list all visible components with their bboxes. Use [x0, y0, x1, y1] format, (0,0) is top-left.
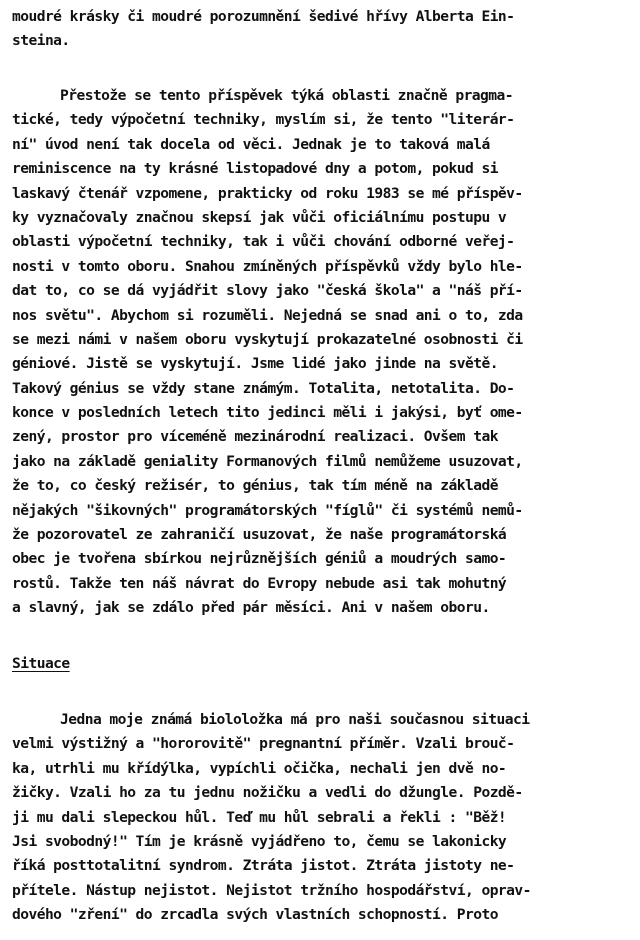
text-line: dat to, co se dá vyjádřit slovy jako "če…	[12, 279, 640, 303]
text-line: Přestože se tento příspěvek týká oblasti…	[12, 84, 640, 108]
text-line: nos světu". Abychom si rozuměli. Nejedná…	[12, 304, 640, 328]
text-line: moudré krásky či moudré porozumnění šedi…	[12, 5, 640, 29]
text-line: Jsi svobodný!" Tím je krásně vyjádřeno t…	[12, 830, 640, 854]
text-line: velmi výstižný a "hororovitě" pregnantní…	[12, 732, 640, 756]
document-page: moudré krásky či moudré porozumnění šedi…	[0, 0, 640, 940]
section-heading-block: Situace	[12, 652, 640, 676]
text-line: ka, utrhli mu křídýlka, vypíchli očička,…	[12, 757, 640, 781]
text-line: přítele. Nástup nejistot. Nejistot tržní…	[12, 879, 640, 903]
text-line: jako na základě geniality Formanových fi…	[12, 450, 640, 474]
intro-paragraph: moudré krásky či moudré porozumnění šedi…	[12, 5, 640, 54]
text-line: Takový génius se vždy stane známým. Tota…	[12, 377, 640, 401]
paragraph-2: Jedna moje známá biololožka má pro naši …	[12, 708, 640, 928]
text-line: ji mu dali slepeckou hůl. Teď mu hůl seb…	[12, 806, 640, 830]
text-line: tické, tedy výpočetní techniky, myslím s…	[12, 108, 640, 132]
text-line: obec je tvořena sbírkou nejrůznějších gé…	[12, 547, 640, 571]
text-line: reminiscence na ty krásné listopadové dn…	[12, 157, 640, 181]
text-line: steina.	[12, 29, 640, 53]
text-line: ky vyznačovaly značnou skepsí jak vůči o…	[12, 206, 640, 230]
text-line: géniové. Jistě se vyskytují. Jsme lidé j…	[12, 352, 640, 376]
text-line: zený, prostor pro víceméně mezinárodní r…	[12, 425, 640, 449]
text-line: že to, co český režisér, to génius, tak …	[12, 474, 640, 498]
text-line: nosti v tomto oboru. Snahou zmíněných př…	[12, 255, 640, 279]
text-line: laskavý čtenář vzpomene, prakticky od ro…	[12, 182, 640, 206]
text-line: konce v posledních letech tito jedinci m…	[12, 401, 640, 425]
text-line: oblasti výpočetní techniky, tak i vůči c…	[12, 230, 640, 254]
text-line: žičky. Vzali ho za tu jednu nožičku a ve…	[12, 781, 640, 805]
text-line: rostů. Takže ten náš návrat do Evropy ne…	[12, 572, 640, 596]
text-line: Jedna moje známá biololožka má pro naši …	[12, 708, 640, 732]
section-heading: Situace	[12, 652, 70, 676]
text-line: dového "zření" do zrcadla svých vlastníc…	[12, 903, 640, 927]
text-line: říká posttotalitní syndrom. Ztráta jisto…	[12, 854, 640, 878]
text-line: se mezi námi v našem oboru vyskytují pro…	[12, 328, 640, 352]
text-line: ní" úvod není tak docela od věci. Jednak…	[12, 133, 640, 157]
text-line: nějakých "šikovných" programátorských "f…	[12, 499, 640, 523]
text-line: že pozorovatel ze zahraničí usuzovat, že…	[12, 523, 640, 547]
text-line: a slavný, jak se zdálo před pár měsíci. …	[12, 596, 640, 620]
paragraph-1: Přestože se tento příspěvek týká oblasti…	[12, 84, 640, 621]
